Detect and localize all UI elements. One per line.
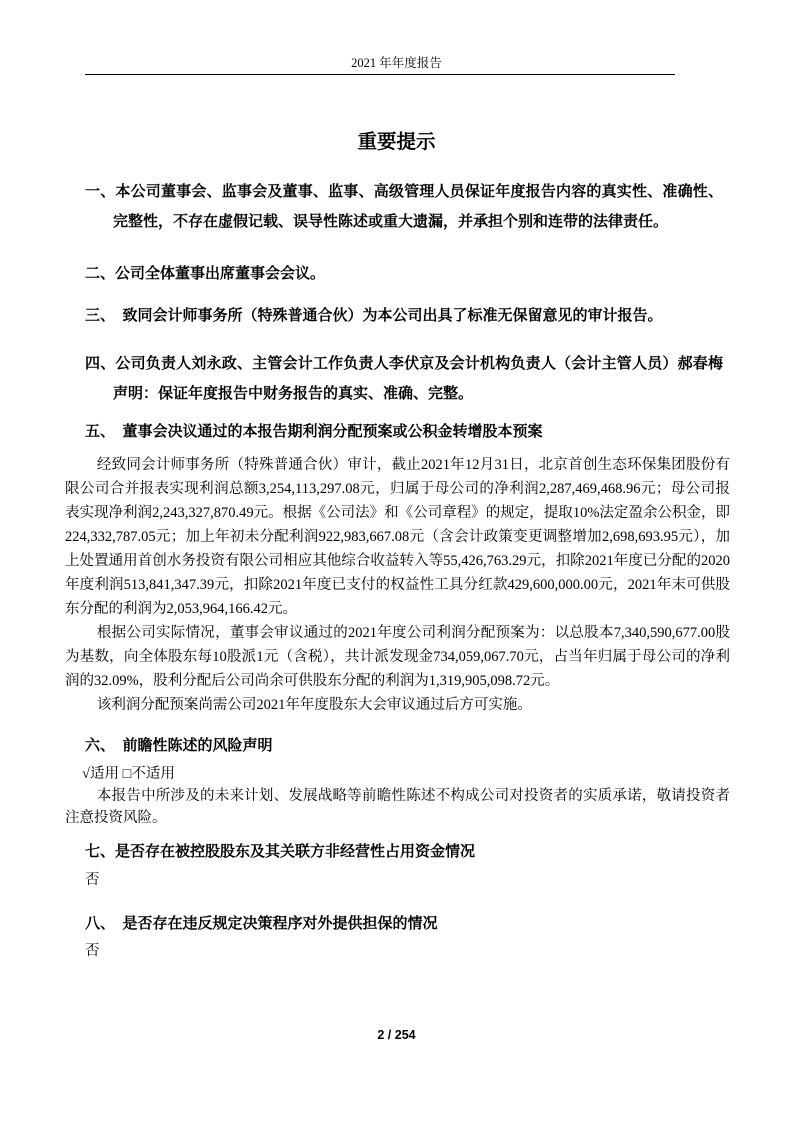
section-3-heading: 三、 致同会计师事务所（特殊普通合伙）为本公司出具了标准无保留意见的审计报告。 — [85, 301, 723, 331]
section-7-heading: 七、是否存在被控股股东及其关联方非经营性占用资金情况 — [85, 837, 723, 867]
section-6-heading: 六、 前瞻性陈述的风险声明 — [85, 731, 723, 761]
page-number: 2 / 254 — [0, 1028, 793, 1042]
applicability-checkbox-line: √适用 □不适用 — [82, 763, 730, 785]
document-page: 2021 年年度报告 重要提示 一、本公司董事会、监事会及董事、监事、高级管理人… — [0, 0, 793, 1122]
section-6-number: 六、 — [85, 737, 115, 754]
section-4-heading: 四、公司负责人刘永政、主管会计工作负责人李伏京及会计机构负责人（会计主管人员）郝… — [85, 349, 723, 409]
section-2-heading: 二、公司全体董事出席董事会会议。 — [85, 259, 723, 289]
page-header-title: 2021 年年度报告 — [0, 55, 793, 71]
section-8-answer: 否 — [85, 942, 793, 960]
section-5-heading: 五、 董事会决议通过的本报告期利润分配预案或公积金转增股本预案 — [85, 417, 723, 447]
section-1-text: 本公司董事会、监事会及董事、监事、高级管理人员保证年度报告内容的真实性、准确性、… — [113, 183, 723, 230]
section-8-text: 是否存在违反规定决策程序对外提供担保的情况 — [108, 915, 438, 932]
forward-looking-statement-paragraph: 本报告中所涉及的未来计划、发展战略等前瞻性陈述不构成公司对投资者的实质承诺，敬请… — [65, 785, 730, 829]
section-7-number: 七、 — [85, 843, 115, 860]
profit-distribution-paragraph-1: 经致同会计师事务所（特殊普通合伙）审计，截止2021年12月31日，北京首创生态… — [65, 453, 730, 621]
section-4-number: 四、 — [85, 355, 115, 372]
section-7-answer: 否 — [85, 871, 793, 889]
section-4-text: 公司负责人刘永政、主管会计工作负责人李伏京及会计机构负责人（会计主管人员）郝春梅… — [113, 355, 723, 402]
section-1-number: 一、 — [85, 183, 115, 200]
section-8-number: 八、 — [85, 915, 108, 932]
profit-distribution-paragraph-3: 该利润分配预案尚需公司2021年年度股东大会审议通过后方可实施。 — [65, 693, 730, 717]
section-3-text: 致同会计师事务所（特殊普通合伙）为本公司出具了标准无保留意见的审计报告。 — [115, 307, 663, 324]
page-title: 重要提示 — [0, 129, 793, 155]
profit-distribution-paragraph-2: 根据公司实际情况，董事会审议通过的2021年度公司利润分配预案为：以总股本7,3… — [65, 621, 730, 693]
section-5-text: 董事会决议通过的本报告期利润分配预案或公积金转增股本预案 — [115, 423, 543, 440]
section-7-text: 是否存在被控股股东及其关联方非经营性占用资金情况 — [115, 843, 475, 860]
header-divider-line — [85, 74, 675, 75]
section-1-heading: 一、本公司董事会、监事会及董事、监事、高级管理人员保证年度报告内容的真实性、准确… — [85, 177, 723, 237]
section-8-heading: 八、 是否存在违反规定决策程序对外提供担保的情况 — [85, 909, 723, 939]
section-3-number: 三、 — [85, 307, 115, 324]
section-6-text: 前瞻性陈述的风险声明 — [115, 737, 273, 754]
section-2-text: 公司全体董事出席董事会会议。 — [115, 265, 325, 282]
section-5-number: 五、 — [85, 423, 115, 440]
section-2-number: 二、 — [85, 265, 115, 282]
